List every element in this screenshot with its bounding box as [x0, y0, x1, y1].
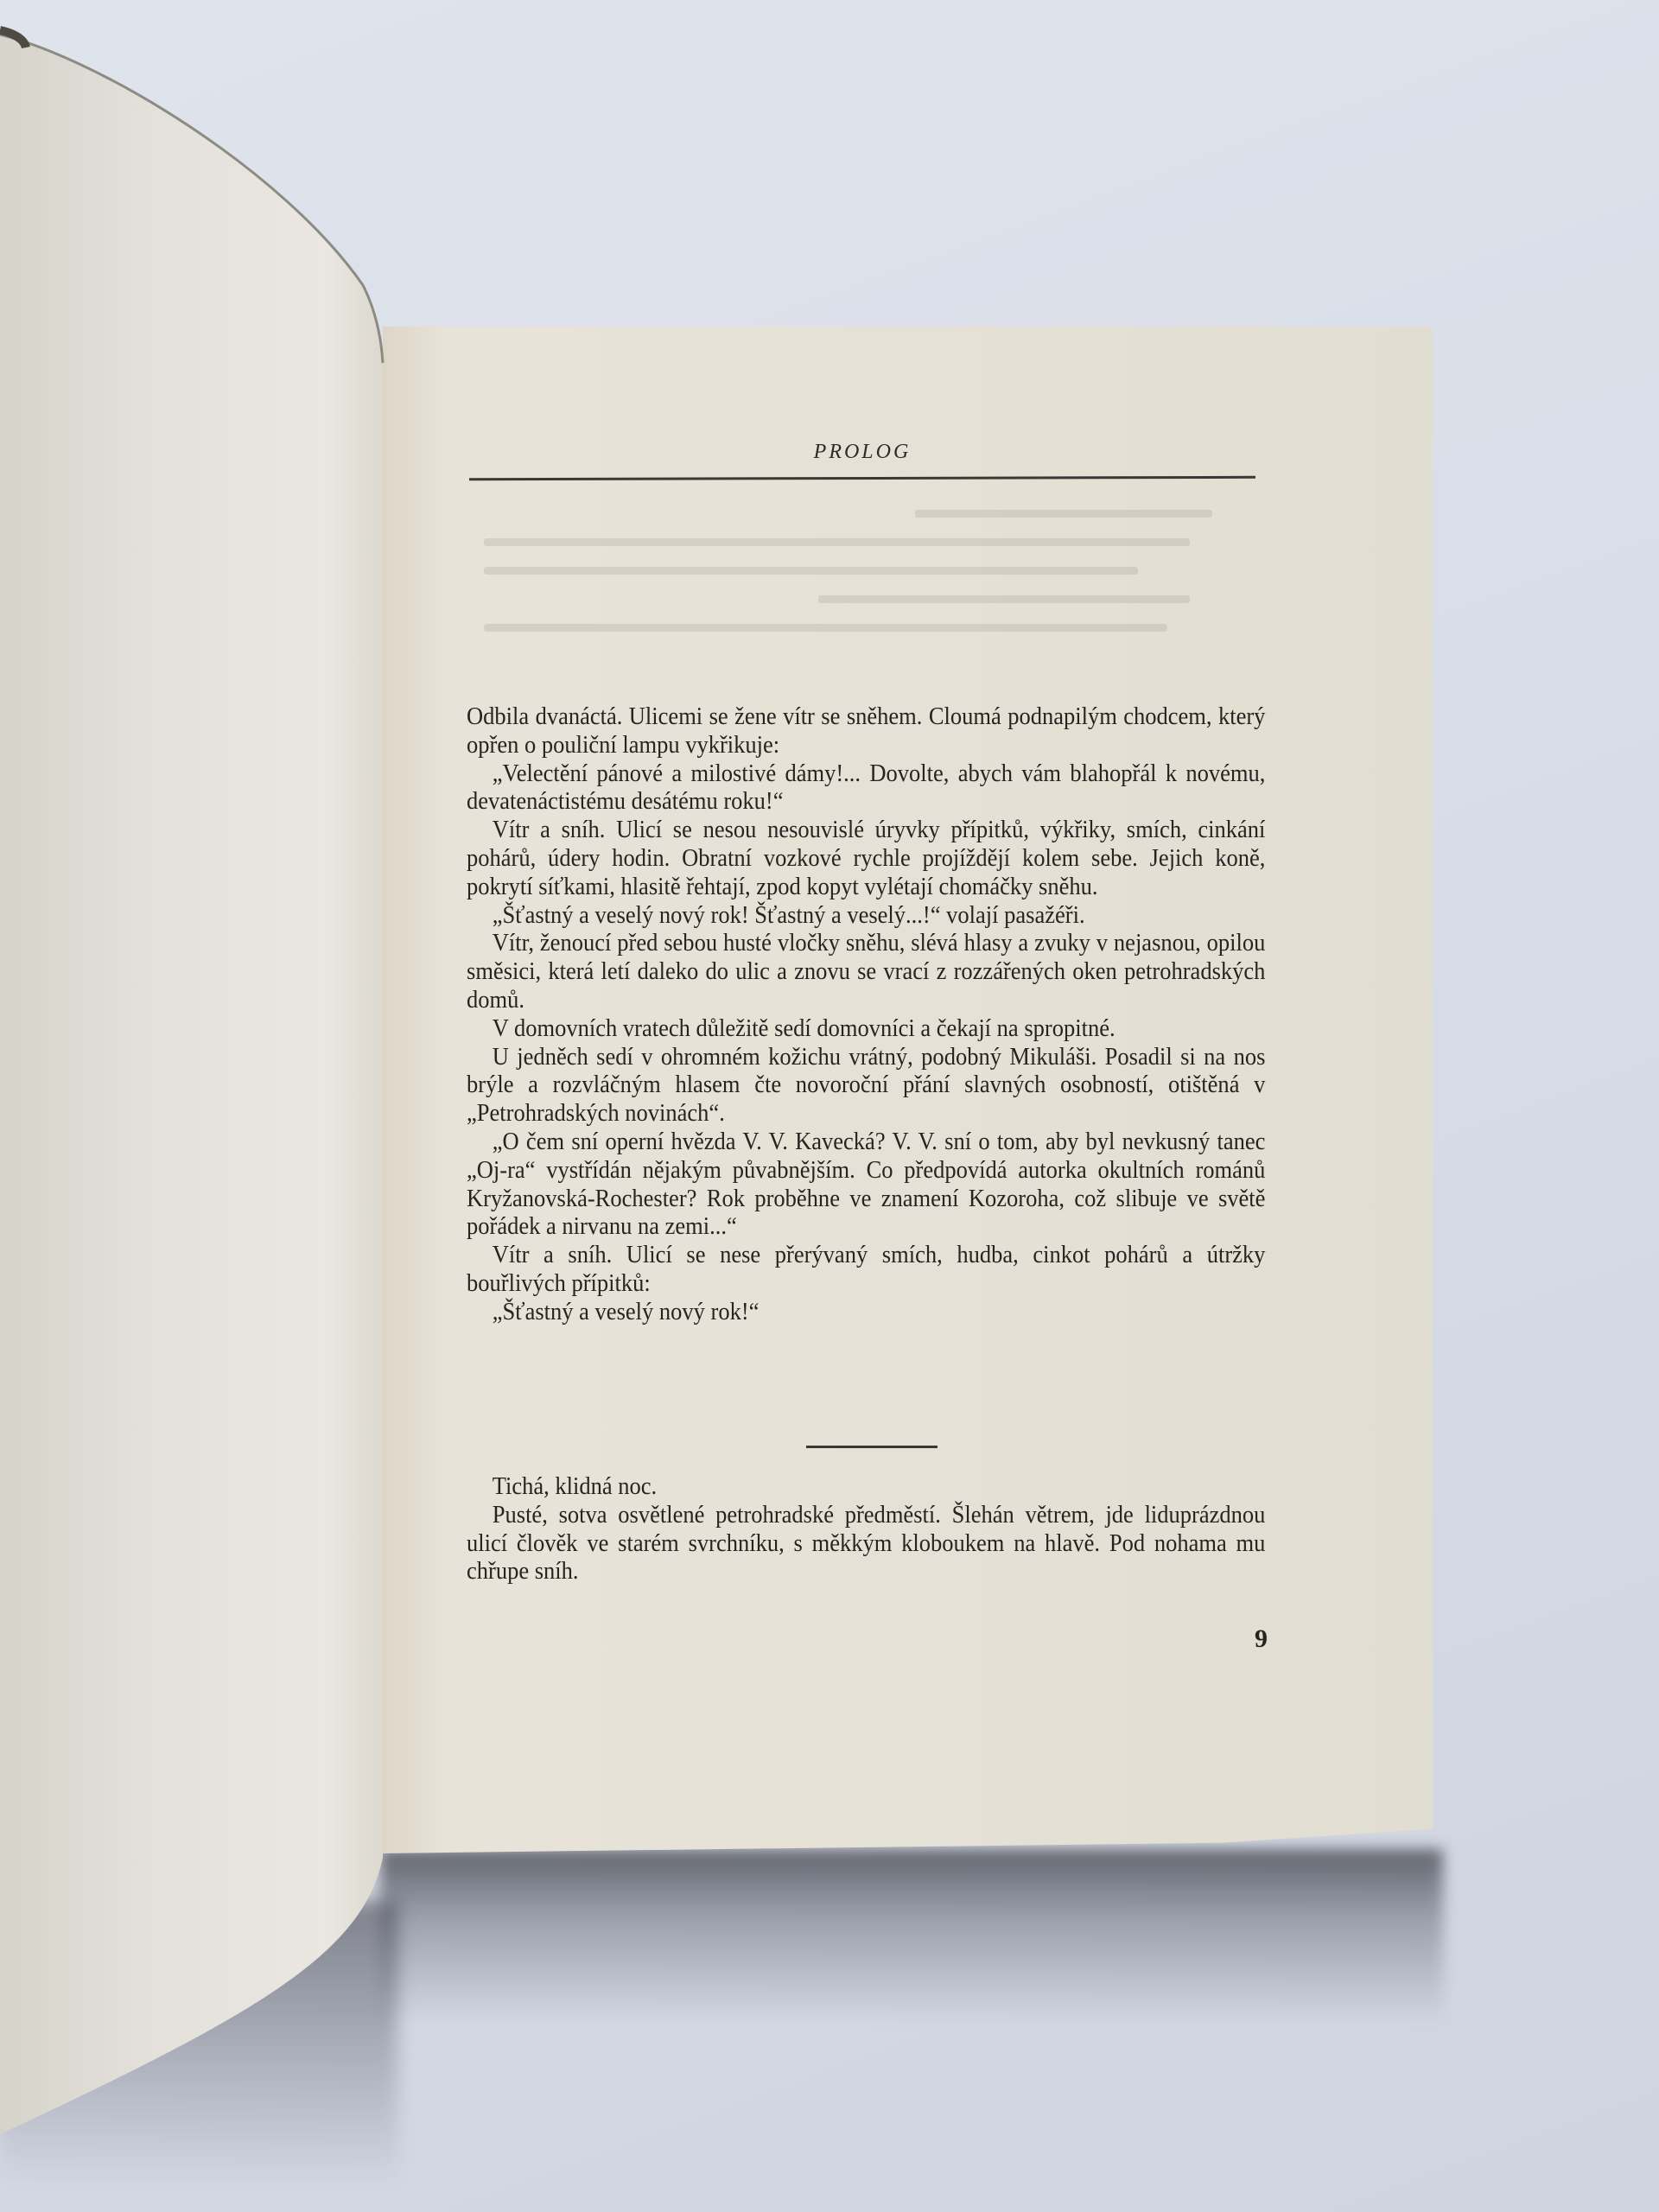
- paragraph: Pusté, sotva osvětlené petrohradské před…: [467, 1502, 1265, 1586]
- body-section-2: Tichá, klidná noc. Pusté, sotva osvětlen…: [467, 1473, 1265, 1586]
- paragraph: Odbila dvanáctá. Ulicemi se žene vítr se…: [467, 703, 1265, 760]
- page-shadow: [380, 1849, 1443, 2022]
- paragraph: „O čem sní operní hvězda V. V. Kavecká? …: [467, 1128, 1265, 1242]
- running-header: PROLOG: [469, 441, 1255, 464]
- paragraph: Vítr a sníh. Ulicí se nese přerývaný smí…: [467, 1242, 1265, 1299]
- paragraph: „Šťastný a veselý nový rok!“: [467, 1299, 1265, 1327]
- section-separator: [806, 1446, 938, 1448]
- paragraph: V domovních vratech důležitě sedí domovn…: [467, 1015, 1265, 1044]
- paragraph: Tichá, klidná noc.: [467, 1473, 1265, 1502]
- paragraph: „Velectění pánové a milostivé dámy!... D…: [467, 760, 1265, 817]
- paragraph: U jedněch sedí v ohromném kožichu vrátný…: [467, 1044, 1265, 1128]
- paragraph: Vítr, ženoucí před sebou husté vločky sn…: [467, 930, 1265, 1014]
- page-number: 9: [1255, 1624, 1268, 1654]
- paragraph: Vítr a sníh. Ulicí se nesou nesouvislé ú…: [467, 817, 1265, 901]
- left-page-curl: [0, 0, 385, 2212]
- paragraph: „Šťastný a veselý nový rok! Šťastný a ve…: [467, 902, 1265, 931]
- body-section-1: Odbila dvanáctá. Ulicemi se žene vítr se…: [467, 703, 1265, 1327]
- bleed-through-text: [484, 510, 1227, 665]
